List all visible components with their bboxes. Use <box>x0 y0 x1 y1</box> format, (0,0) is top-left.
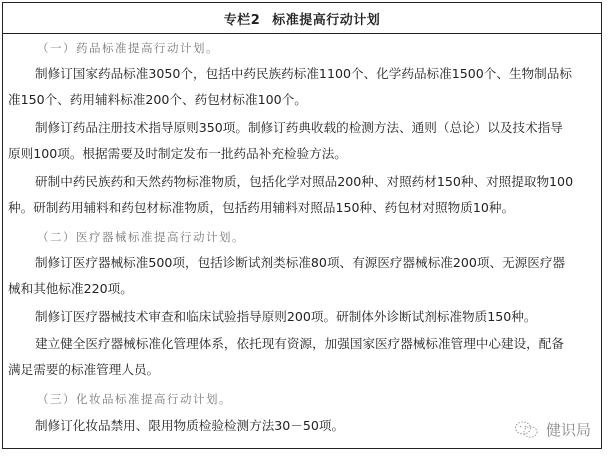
paragraph-line: 械和其他标准220项。 <box>8 281 133 297</box>
section-heading-devices: （二）医疗器械标准提高行动计划。 <box>37 229 245 245</box>
watermark-label: 健识局 <box>546 419 591 440</box>
paragraph-line: 准150个、药用辅料标准200个、药包材标准100个。 <box>8 92 307 108</box>
box-title: 标准提高行动计划 <box>272 9 380 28</box>
paragraph-line: 制修订化妆品禁用、限用物质检验检测方法30－50项。 <box>35 418 344 434</box>
paragraph-line: 制修订医疗器械标准500项，包括诊断试剂类标准80项、有源医疗器械标准200项、… <box>35 255 565 271</box>
paragraph-line: 制修订药品注册技术指导原则350项。制修订药典收载的检测方法、通则（总论）以及技… <box>35 120 563 136</box>
wechat-icon <box>514 420 540 440</box>
info-box: 专栏2 标准提高行动计划 （一）药品标准提高行动计划。 制修订国家药品标准305… <box>2 2 602 449</box>
box-number: 专栏2 <box>224 9 261 28</box>
paragraph-line: 建立健全医疗器械标准化管理体系，依托现有资源，加强国家医疗器械标准管理中心建设，… <box>35 336 564 352</box>
paragraph-line: 研制中药民族药和天然药物标准物质，包括化学对照品200种、对照药材150种、对照… <box>35 174 573 190</box>
box-header: 专栏2 标准提高行动计划 <box>3 3 601 34</box>
paragraph-line: 制修订医疗器械技术审查和临床试验指导原则200项。研制体外诊断试剂标准物质150… <box>35 309 536 325</box>
paragraph-line: 原则100项。根据需要及时制定发布一批药品补充检验方法。 <box>8 146 347 162</box>
paragraph-line: 满足需要的标准管理人员。 <box>8 362 159 378</box>
paragraph-line: 制修订国家药品标准3050个，包括中药民族药标准1100个、化学药品标准1500… <box>35 66 572 82</box>
paragraph-line: 种。研制药用辅料和药包材标准物质，包括药用辅料对照品150种、药包材对照物质10… <box>8 200 514 216</box>
section-heading-cosmetics: （三）化妆品标准提高行动计划。 <box>37 391 232 407</box>
watermark: 健识局 <box>514 419 591 440</box>
section-heading-drugs: （一）药品标准提高行动计划。 <box>37 40 219 56</box>
